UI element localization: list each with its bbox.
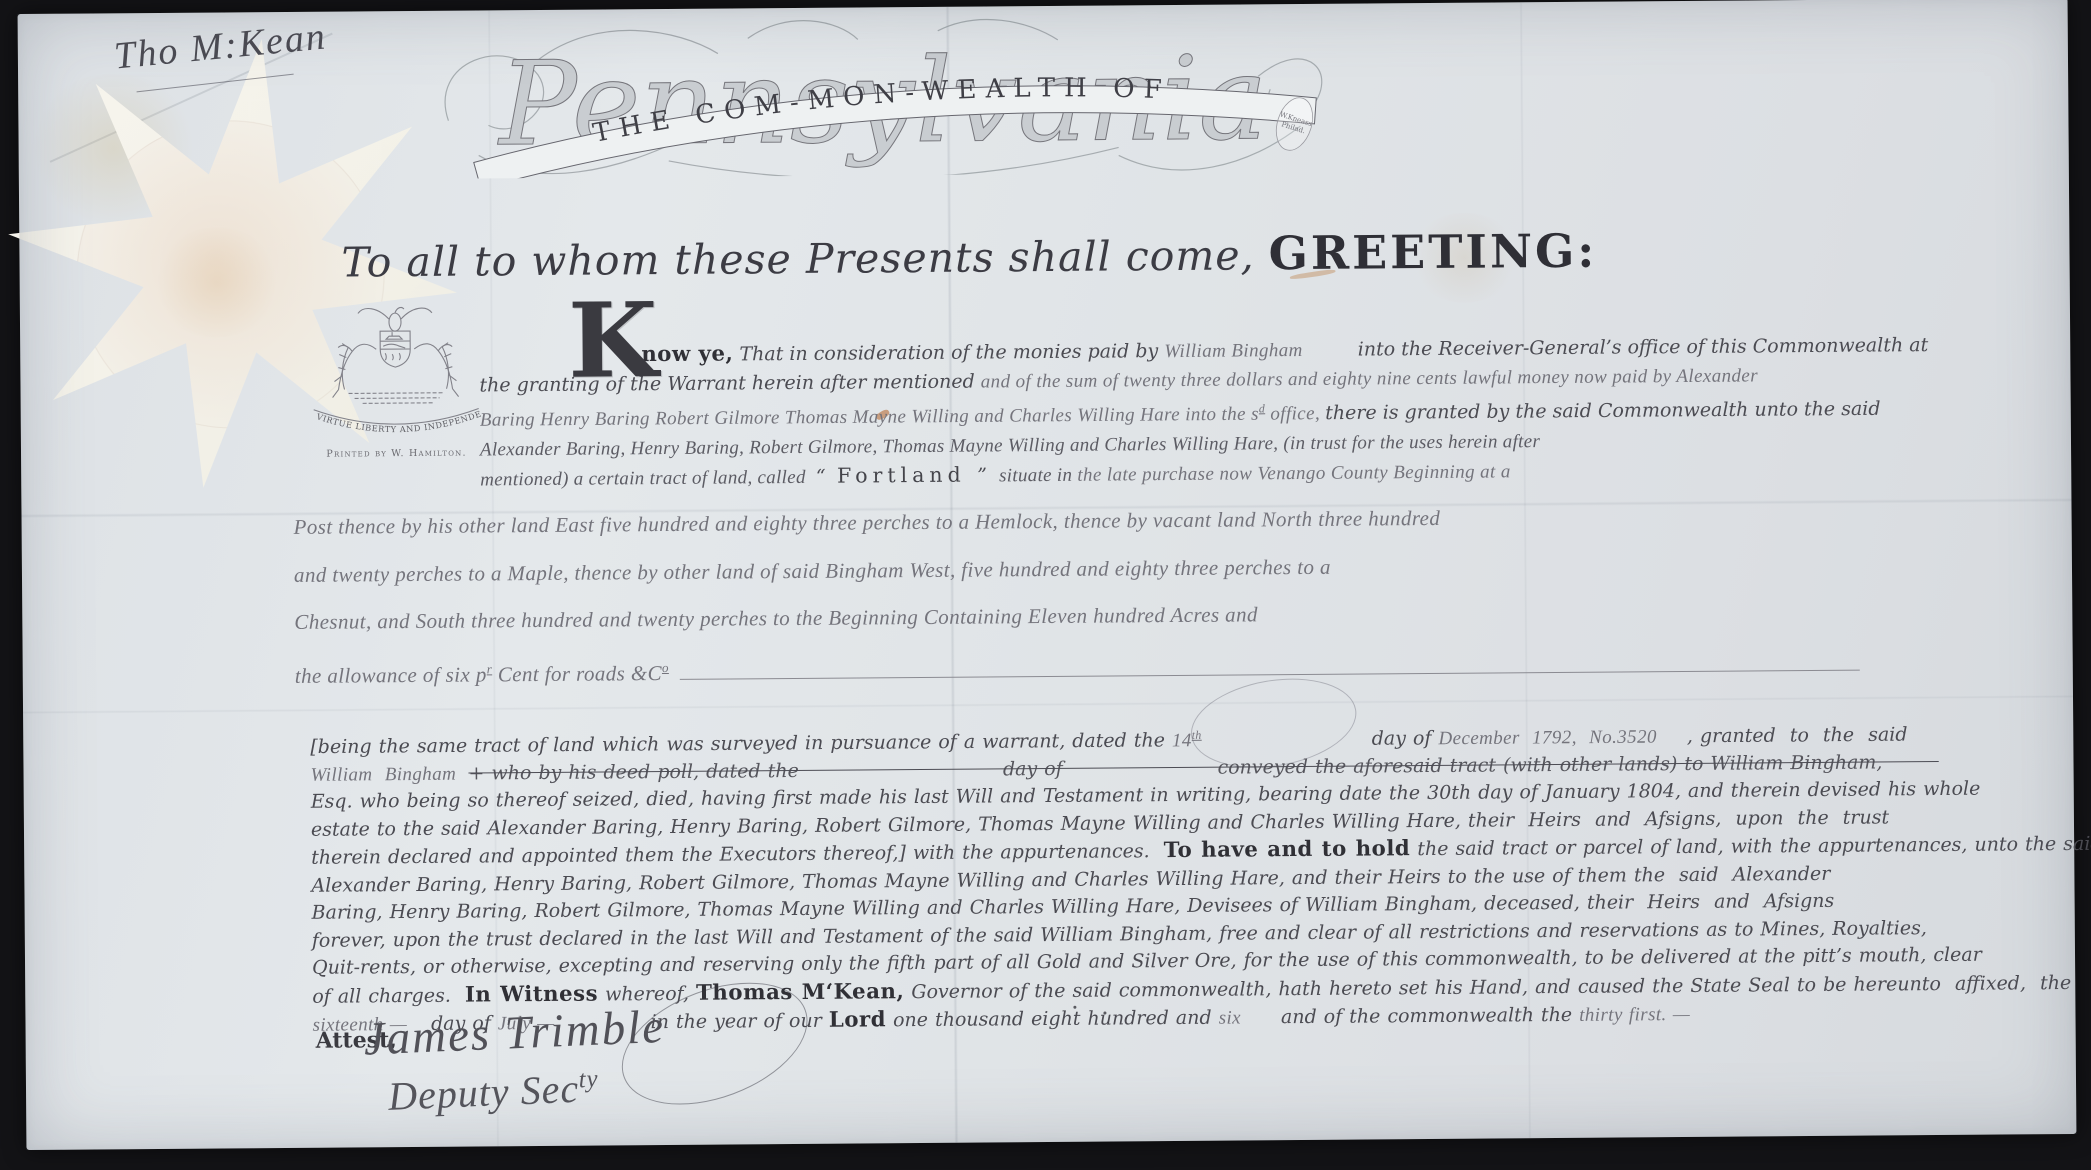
blackletter-text: Thomas M‘Kean, bbox=[696, 979, 904, 1006]
metes-and-bounds-paragraph: Post thence by his other land East five … bbox=[293, 492, 1860, 701]
printed-text: the said tract or parcel of land, with t… bbox=[1410, 833, 2091, 860]
handwritten-text: Post thence by his other land East five … bbox=[294, 506, 1441, 539]
secretary-title-signature: Deputy Secty bbox=[387, 1064, 600, 1120]
handwritten-text: situate in bbox=[999, 465, 1077, 487]
handwritten-text: six bbox=[1219, 1008, 1241, 1029]
handwritten-text: and twenty perches to a Maple, thence by… bbox=[294, 554, 1331, 586]
printed-text: , granted to the said bbox=[1687, 724, 1908, 748]
handwritten-text: Baring Henry Baring Robert Gilmore Thoma… bbox=[480, 403, 1259, 430]
ground-hatching bbox=[349, 393, 444, 404]
handwritten-text: th bbox=[1192, 729, 1202, 742]
coat-of-arms: VIRTUE LIBERTY AND INDEPENDENCE bbox=[288, 296, 504, 448]
masthead-engraving: Pennsylvania THE COM-MON-WEALTH OF W.Kne… bbox=[418, 14, 1349, 179]
printed-text: the granting of the Warrant herein after… bbox=[479, 371, 980, 397]
handwritten-text: the allowance of six p bbox=[295, 662, 487, 688]
printed-text: and of the commonwealth the bbox=[1281, 1004, 1579, 1028]
grant-paragraph: now ye, That in consideration of the mon… bbox=[479, 330, 2080, 495]
blank-rule bbox=[680, 652, 1860, 680]
handwritten-text: December 1792, No.3520 bbox=[1438, 727, 1657, 750]
handwritten-text: the late purchase now Venango County Beg… bbox=[1077, 461, 1511, 485]
handwritten-text: office, bbox=[1265, 403, 1325, 424]
printed-text: Governor of the said commonwealth, hath … bbox=[904, 972, 2071, 1003]
printed-text bbox=[987, 464, 999, 486]
printed-text: there is granted by the said Commonwealt… bbox=[1325, 398, 1880, 424]
printed-text: ” bbox=[977, 464, 987, 486]
eagle-crest bbox=[358, 307, 432, 331]
salutation-line: To all to whom these Presents shall come… bbox=[341, 224, 1597, 288]
secretary-signature: James Trimble bbox=[363, 1000, 667, 1067]
blackletter-text: To have and to hold bbox=[1164, 836, 1411, 863]
handwritten-text: William Bingham bbox=[310, 763, 468, 785]
parchment-document: Tho M:Kean Pennsylvania THE COM-MON-WEAL… bbox=[18, 0, 2077, 1150]
printed-text: into the Receiver-General’s office of th… bbox=[1358, 334, 1929, 360]
autograph-flourish bbox=[137, 74, 294, 93]
printed-text: one thousand eight hundred and bbox=[886, 1007, 1219, 1032]
horse-supporter-right bbox=[414, 344, 458, 397]
handwritten-text: thirty first. — bbox=[1579, 1004, 1690, 1026]
spacer bbox=[1202, 745, 1372, 746]
printed-text: in the year of our bbox=[650, 1010, 828, 1033]
handwritten-text: Alexander Baring, Henry Baring, Robert G… bbox=[480, 431, 1540, 460]
motto-text: VIRTUE LIBERTY AND INDEPENDENCE bbox=[288, 296, 483, 435]
handwritten-text: and of the sum of twenty three dollars a… bbox=[981, 366, 1758, 393]
drop-cap-K: K bbox=[568, 289, 658, 393]
tract-name: Fortland bbox=[825, 462, 977, 487]
printed-text: [being the same tract of land which was … bbox=[310, 729, 1172, 758]
salutation-greeting-text: GREETING: bbox=[1268, 224, 1597, 281]
horse-supporter-left bbox=[332, 344, 376, 397]
governor-autograph: Tho M:Kean bbox=[112, 14, 328, 78]
printer-caption: Printed by W. Hamilton. bbox=[289, 447, 504, 460]
shield bbox=[380, 331, 410, 367]
habendum-paragraph: [being the same tract of land which was … bbox=[310, 715, 2091, 1040]
printed-text: day of bbox=[1372, 727, 1439, 750]
svg-text:VIRTUE LIBERTY AND INDEPEND: VIRTUE LIBERTY AND INDEPENDENCE bbox=[288, 296, 483, 435]
salutation-italic-text: To all to whom these Presents shall come… bbox=[341, 231, 1268, 286]
blackletter-text: Lord bbox=[829, 1008, 886, 1033]
printed-text: “ bbox=[816, 466, 826, 488]
printed-text: of all charges. bbox=[312, 984, 465, 1007]
cornstalk-and-olive-branch bbox=[338, 343, 452, 390]
handwritten-text bbox=[669, 661, 681, 685]
document-line: the allowance of six pr Cent for roads &… bbox=[295, 634, 1861, 700]
printed-text: therein declared and appointed them the … bbox=[311, 840, 1164, 869]
printed-text: That in consideration of the monies paid… bbox=[733, 340, 1164, 365]
handwritten-text: mentioned) a certain tract of land, call… bbox=[480, 467, 816, 491]
handwritten-text: William Bingham bbox=[1164, 340, 1303, 362]
seal-stain bbox=[151, 227, 282, 338]
handwritten-text: Chesnut, and South three hundred and twe… bbox=[294, 603, 1258, 635]
handwritten-text: Cent for roads &C bbox=[492, 661, 662, 686]
handwritten-text: 14 bbox=[1172, 730, 1192, 751]
